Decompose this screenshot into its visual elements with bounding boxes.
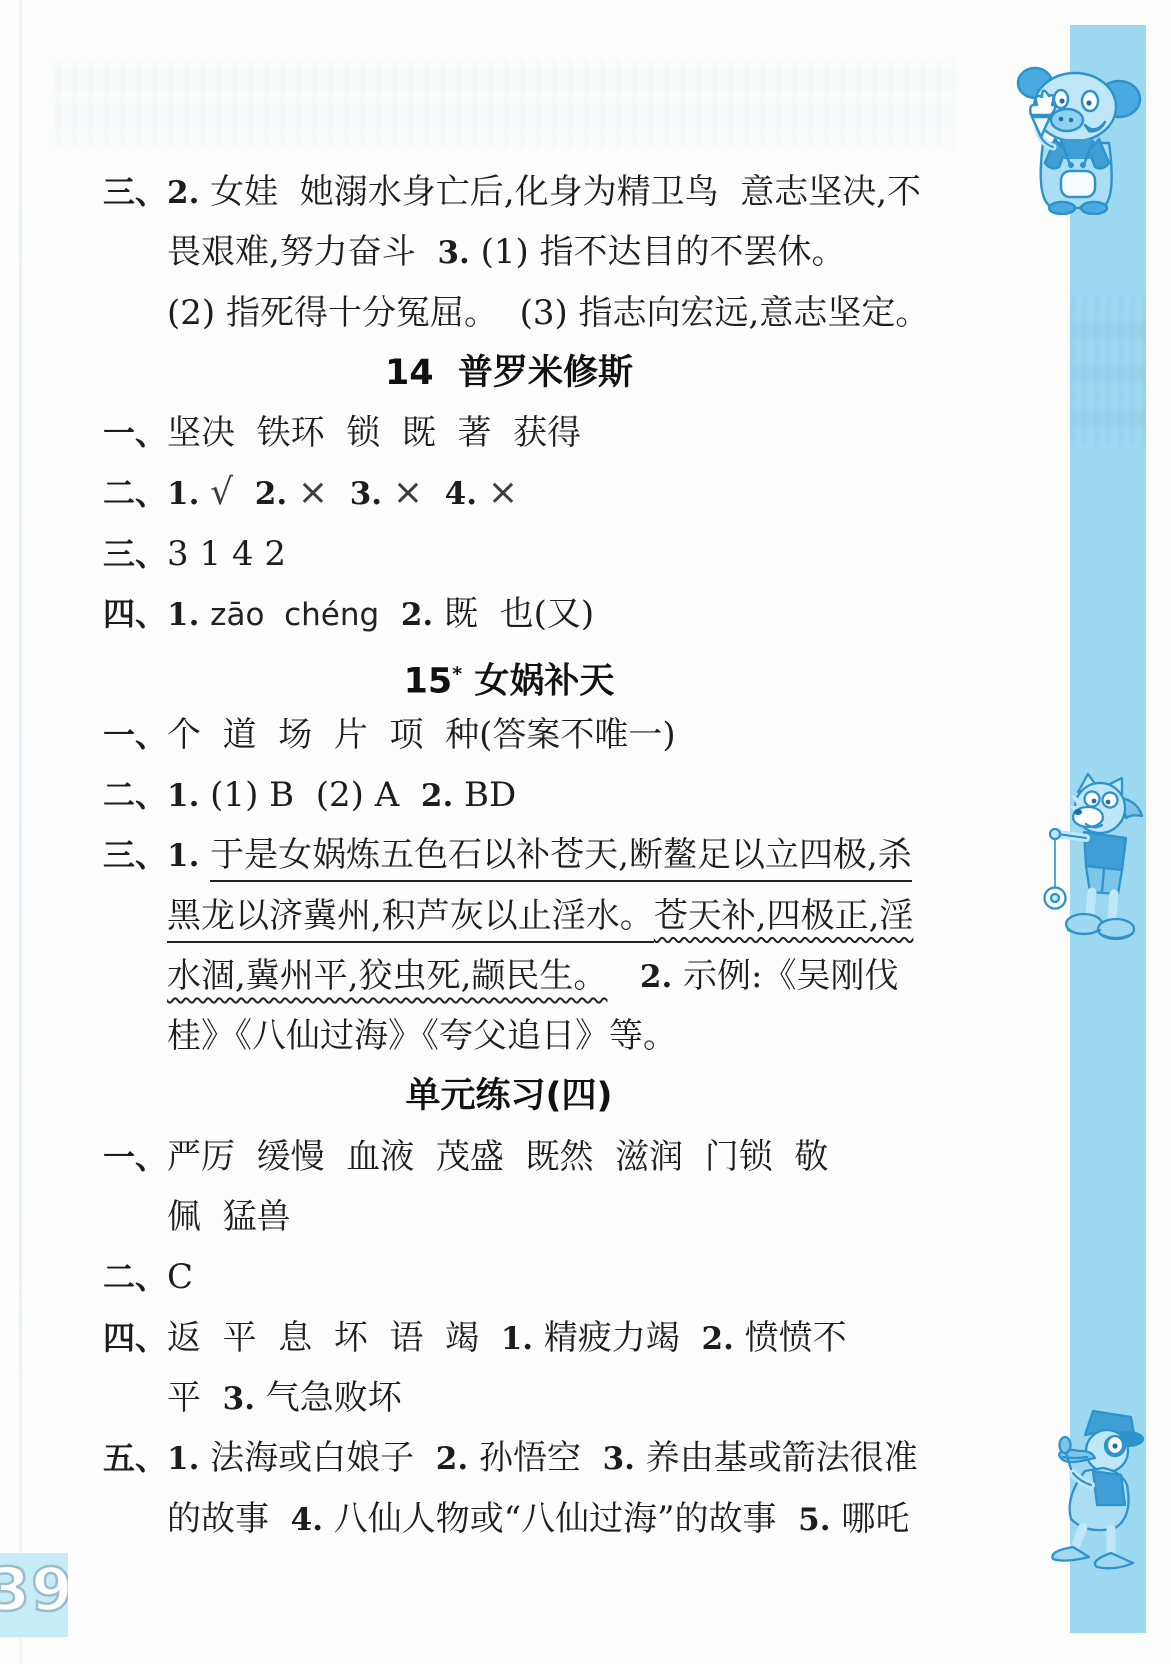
cat-with-yoyo-mascot-icon [1038, 772, 1150, 947]
question-number-label: 二、 [103, 776, 167, 814]
text-segment: 精疲力竭 [544, 1318, 702, 1358]
text-segment: 15 [404, 662, 453, 702]
item-number: 1. [167, 778, 210, 814]
item-number: 3. [437, 235, 480, 271]
answer-line: 三、1. 于是女娲炼五色石以补苍天,断鳌足以立四极,杀 [103, 825, 915, 885]
text-segment: * [452, 663, 462, 685]
text-segment: (1) B (2) A [210, 775, 421, 815]
answer-mark: × [298, 472, 328, 513]
answer-mark: × [393, 472, 423, 513]
pig-with-ice-cream-mascot-icon [1005, 55, 1150, 215]
text-segment: 3 1 4 2 [167, 534, 286, 574]
answer-line: 水涸,冀州平,狡虫死,颛民生。 2. 示例:《吴刚伐 [103, 946, 915, 1006]
answer-line: 二、1. (1) B (2) A 2. BD [103, 765, 915, 825]
text-segment: 女娲补天 [462, 662, 614, 702]
answer-line: 三、2. 女娃 她溺水身亡后,化身为精卫鸟 意志坚决,不 [103, 162, 915, 222]
section-heading-line: 14 普罗米修斯 [103, 343, 915, 403]
bleedthrough-text-pattern [55, 58, 955, 150]
text-segment: 水涸,冀州平,狡虫死,颛民生。 [167, 956, 607, 996]
text-segment: 女娃 她溺水身亡后,化身为精卫鸟 意志坚决,不 [210, 172, 921, 212]
answer-line: 平 3. 气急败坏 [103, 1368, 915, 1428]
text-segment: 气急败坏 [266, 1378, 402, 1418]
answer-line: 三、3 1 4 2 [103, 524, 915, 584]
answer-line: 一、个 道 场 片 项 种(答案不唯一) [103, 705, 915, 765]
answer-line: 四、1. zāo chéng 2. 既 也(又) [103, 584, 915, 644]
item-number: 3. [603, 1441, 646, 1477]
text-segment: 八仙人物或“八仙过海”的故事 [334, 1499, 798, 1539]
text-segment [233, 473, 255, 513]
page-number-badge: 39 [0, 1553, 68, 1637]
item-number: 2. [401, 597, 444, 633]
question-number-label: 四、 [103, 1319, 167, 1357]
item-number: 2. [167, 175, 210, 211]
text-segment: 黑龙以济冀州,积芦灰以止淫水。 [167, 896, 654, 943]
text-segment: (2) 指死得十分冤屈。 (3) 指志向宏远,意志坚定。 [167, 293, 929, 333]
question-number-label: 二、 [103, 474, 167, 512]
text-segment [328, 473, 350, 513]
item-number: 1. [167, 838, 210, 874]
text-segment: 个 道 场 片 项 种(答案不唯一) [167, 715, 676, 755]
answer-line: (2) 指死得十分冤屈。 (3) 指志向宏远,意志坚定。 [103, 283, 915, 343]
question-number-label: 一、 [103, 1138, 167, 1176]
item-number: 5. [798, 1502, 841, 1538]
question-number-label: 五、 [103, 1439, 167, 1477]
answer-line: 畏艰难,努力奋斗 3. (1) 指不达目的不罢休。 [103, 222, 915, 282]
question-number-label: 二、 [103, 1258, 167, 1296]
text-segment [423, 473, 445, 513]
text-segment: 严厉 缓慢 血液 茂盛 既然 滋润 门锁 敬 [167, 1137, 828, 1177]
item-number: 3. [350, 476, 393, 512]
item-number: 2. [255, 476, 298, 512]
item-number: 1. [501, 1321, 544, 1357]
page-number: 39 [0, 1555, 68, 1625]
text-segment: 哪吒 [841, 1499, 909, 1539]
section-heading-line: 15* 女娲补天 [103, 644, 915, 704]
text-segment: 养由基或箭法很准 [646, 1438, 918, 1478]
text-segment: BD [464, 775, 516, 815]
duck-with-lollipop-mascot-icon [1035, 1405, 1150, 1577]
text-segment: 既 也(又) [444, 594, 594, 634]
answer-line: 的故事 4. 八仙人物或“八仙过海”的故事 5. 哪吒 [103, 1489, 915, 1549]
answers-area: 三、2. 女娃 她溺水身亡后,化身为精卫鸟 意志坚决,不畏艰难,努力奋斗 3. … [103, 162, 915, 1549]
answer-line: 二、1. √ 2. × 3. × 4. × [103, 463, 915, 523]
text-segment: 于是女娲炼五色石以补苍天,断鳌足以立四极,杀 [210, 835, 912, 882]
item-number: 4. [445, 476, 488, 512]
text-segment: (1) 指不达目的不罢休。 [481, 232, 846, 272]
text-segment: 14 [385, 353, 434, 393]
answer-line: 黑龙以济冀州,积芦灰以止淫水。苍天补,四极正,淫 [103, 886, 915, 946]
text-segment: 平 [167, 1378, 223, 1418]
text-segment: 畏艰难,努力奋斗 [167, 232, 437, 272]
item-number: 2. [436, 1441, 479, 1477]
text-segment: 普罗米修斯 [434, 353, 633, 393]
item-number: 2. [640, 959, 683, 995]
text-segment: zāo chéng [210, 597, 379, 633]
workbook-page: { "page": { "number": "39" }, "colors": … [0, 0, 1171, 1664]
answer-line: 五、1. 法海或白娘子 2. 孙悟空 3. 养由基或箭法很准 [103, 1428, 915, 1488]
section-heading-line: 单元练习(四) [103, 1066, 915, 1126]
item-number: 2. [421, 778, 464, 814]
text-segment: 苍天补,四极正,淫 [654, 896, 914, 936]
text-segment [379, 594, 401, 634]
strip-bleedthrough-pattern [1070, 295, 1146, 445]
item-number: 2. [702, 1321, 745, 1357]
question-number-label: 三、 [103, 173, 167, 211]
text-segment: 坚决 铁环 锁 既 著 获得 [167, 413, 581, 453]
text-segment: 孙悟空 [479, 1438, 603, 1478]
answer-mark: √ [210, 472, 233, 513]
page-crease [19, 0, 22, 1664]
item-number: 4. [291, 1502, 334, 1538]
question-number-label: 一、 [103, 414, 167, 452]
answer-line: 一、坚决 铁环 锁 既 著 获得 [103, 403, 915, 463]
item-number: 3. [223, 1381, 266, 1417]
question-number-label: 三、 [103, 535, 167, 573]
answer-mark: × [488, 472, 518, 513]
text-segment: 桂》《八仙过海》《夸父追日》等。 [167, 1016, 677, 1056]
question-number-label: 一、 [103, 716, 167, 754]
item-number: 1. [167, 1441, 210, 1477]
text-segment: 示例:《吴刚伐 [683, 956, 898, 996]
question-number-label: 三、 [103, 836, 167, 874]
question-number-label: 四、 [103, 595, 167, 633]
text-segment: 愤愤不 [745, 1318, 847, 1358]
answer-line: 四、返 平 息 坏 语 竭 1. 精疲力竭 2. 愤愤不 [103, 1308, 915, 1368]
text-segment: 返 平 息 坏 语 竭 [167, 1318, 501, 1358]
answer-line: 佩 猛兽 [103, 1187, 915, 1247]
answer-line: 一、严厉 缓慢 血液 茂盛 既然 滋润 门锁 敬 [103, 1127, 915, 1187]
text-segment: 的故事 [167, 1499, 291, 1539]
answer-line: 二、C [103, 1247, 915, 1307]
item-number: 1. [167, 476, 210, 512]
text-segment: C [167, 1257, 193, 1297]
text-segment: 佩 猛兽 [167, 1197, 291, 1237]
text-segment: 单元练习(四) [406, 1076, 613, 1116]
item-number: 1. [167, 597, 210, 633]
text-segment [607, 956, 639, 996]
answer-line: 桂》《八仙过海》《夸父追日》等。 [103, 1006, 915, 1066]
text-segment: 法海或白娘子 [210, 1438, 436, 1478]
